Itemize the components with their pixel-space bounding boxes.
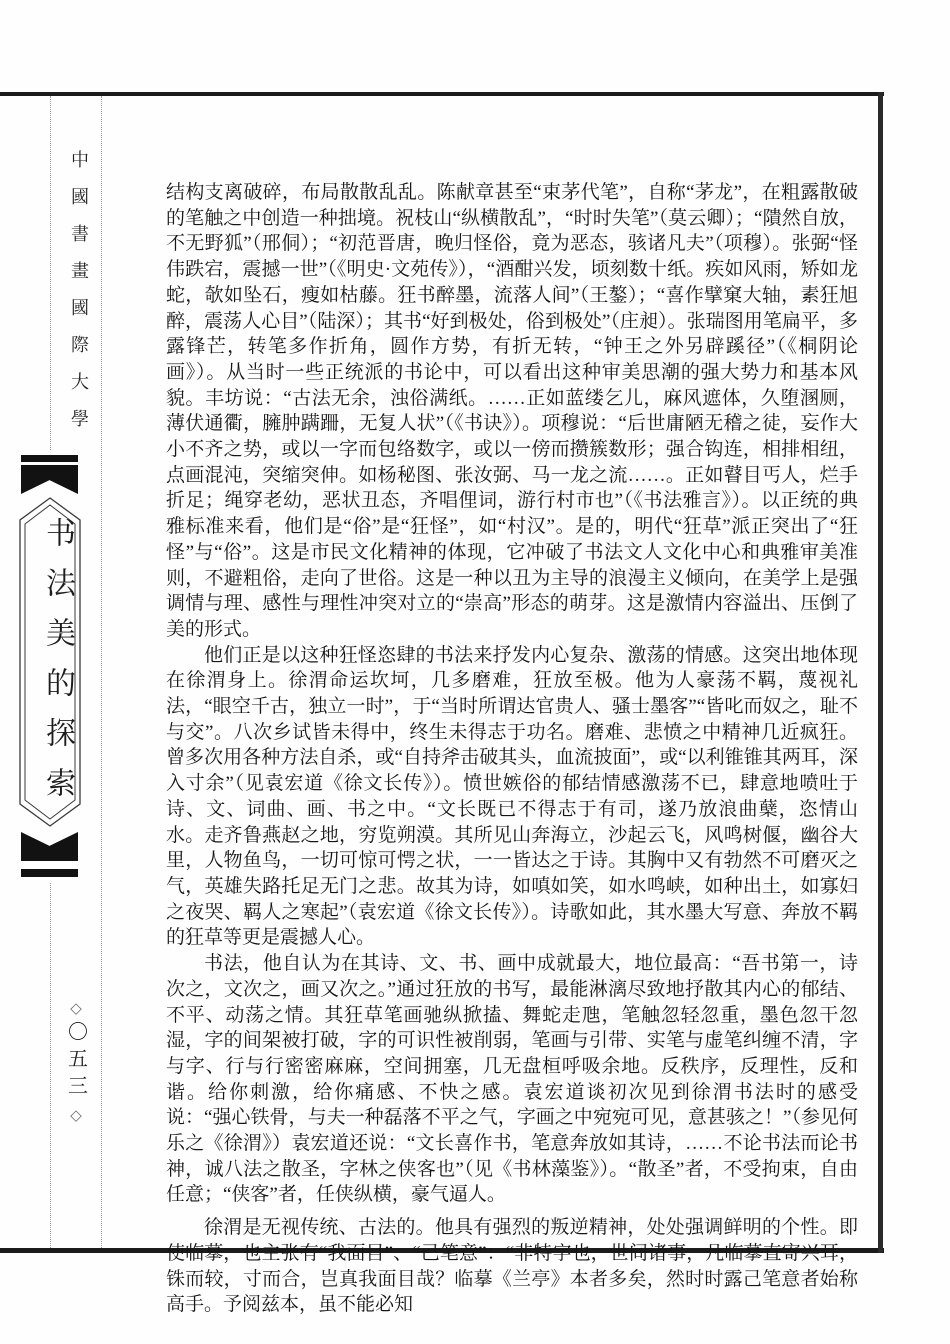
body-paragraph: 徐渭是无视传统、古法的。他具有强烈的叛逆精神，处处强调鲜明的个性。即使临摹，也主… bbox=[166, 1215, 858, 1318]
folio-number: 〇五三 bbox=[62, 1021, 91, 1102]
book-page: 中國書畫國際大學 书法美的探索 ◇ 〇五三 ◇ 结构支离破碎，布局散散乱乱。陈献… bbox=[0, 0, 950, 1344]
diamond-ornament-icon: ◇ bbox=[70, 1105, 82, 1125]
diamond-ornament-icon: ◇ bbox=[70, 998, 82, 1018]
frame-rule-top bbox=[0, 92, 884, 96]
banner-top-bar bbox=[21, 455, 78, 462]
body-text: 结构支离破碎，布局散散乱乱。陈献章甚至“束茅代笔”，自称“茅龙”，在粗露散破的笔… bbox=[166, 180, 858, 1318]
spine-institution-title: 中國書畫國際大學 bbox=[66, 150, 92, 446]
book-title-vertical: 书法美的探索 bbox=[35, 517, 79, 817]
body-paragraph: 结构支离破碎，布局散散乱乱。陈献章甚至“束茅代笔”，自称“茅龙”，在粗露散破的笔… bbox=[166, 180, 858, 643]
folio: ◇ 〇五三 ◇ bbox=[50, 998, 102, 1125]
banner-bottom-bar bbox=[21, 869, 78, 877]
frame-rule-right bbox=[878, 92, 883, 1253]
body-paragraph: 他们正是以这种狂怪恣肆的书法来抒发内心复杂、激荡的情感。这突出地体现在徐渭身上。… bbox=[166, 643, 858, 951]
body-paragraph: 书法，他自认为在其诗、文、书、画中成就最大，地位最高：“吾书第一，诗次之，文次之… bbox=[166, 951, 858, 1208]
